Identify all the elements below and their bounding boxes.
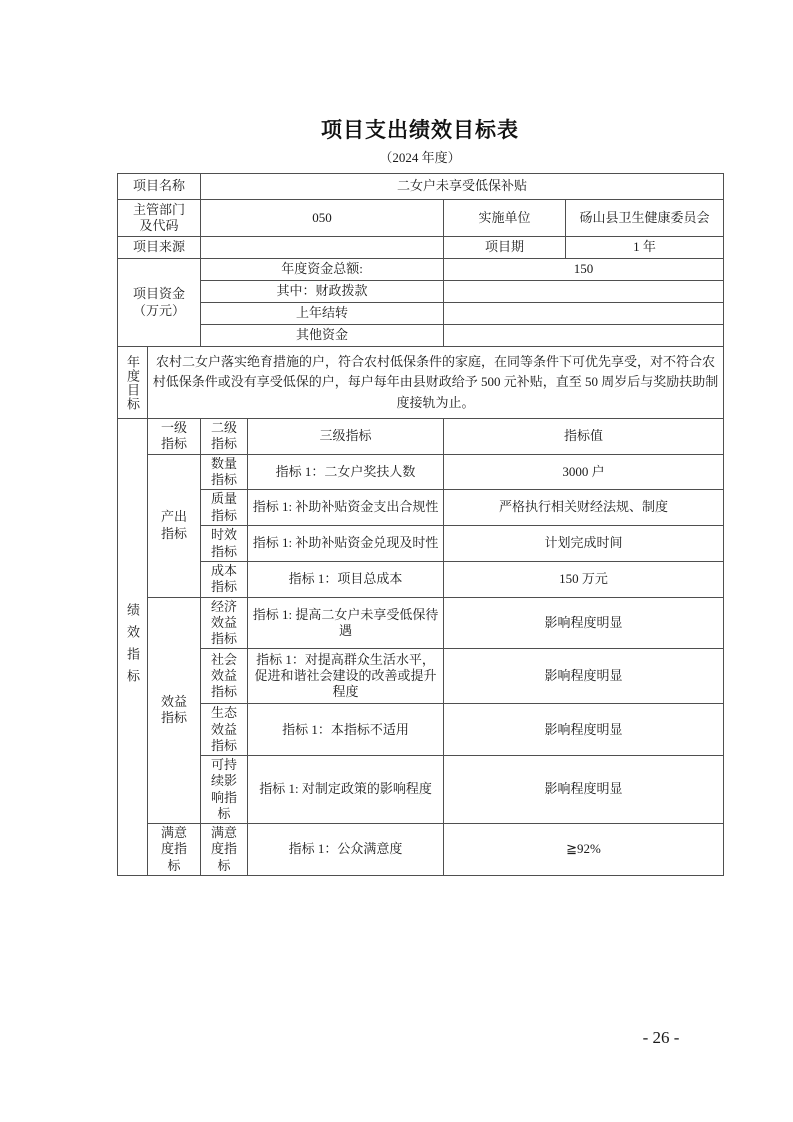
table-row: 可持 续影 响指 标 指标 1: 对制定政策的影响程度 影响程度明显 [118,756,724,824]
table-row: 满意 度指 标 满意 度指 标 指标 1：公众满意度 ≧92% [118,824,724,876]
table-row: 其中：财政拨款 [118,281,724,303]
indicator-l2: 经济 效益 指标 [201,597,248,649]
table-row: 生态 效益 指标 指标 1：本指标不适用 影响程度明显 [118,704,724,756]
funding-row-value [444,281,724,303]
table-row: 项目来源 项目期 1 年 [118,237,724,259]
indicator-value: 150 万元 [444,562,724,598]
table-row: 时效 指标 指标 1: 补助补贴资金兑现及时性 计划完成时间 [118,526,724,562]
funding-row-value: 150 [444,259,724,281]
indicator-l3: 指标 1：本指标不适用 [248,704,444,756]
indicator-l3: 指标 1: 提高二女户未享受低保待遇 [248,597,444,649]
indicator-l2: 生态 效益 指标 [201,704,248,756]
document-title: 项目支出绩效目标表 [117,114,723,144]
group-benefit-label: 效益 指标 [148,597,201,824]
funding-label: 项目资金 （万元） [118,259,201,347]
group-satisfaction-label: 满意 度指 标 [148,824,201,876]
dept-code-value: 050 [201,200,444,237]
indicator-l3: 指标 1：二女户奖扶人数 [248,454,444,490]
annual-goal-label-text: 年度目标 [126,355,139,411]
indicator-l2: 质量 指标 [201,490,248,526]
header-level3: 三级指标 [248,419,444,455]
indicator-l2: 社会 效益 指标 [201,649,248,704]
performance-indicators-label: 绩效指标 [118,419,148,876]
dept-label: 主管部门 及代码 [118,200,201,237]
funding-row-name: 其他资金 [201,325,444,347]
indicator-value: 影响程度明显 [444,704,724,756]
header-level2: 二级 指标 [201,419,248,455]
impl-unit-value: 砀山县卫生健康委员会 [566,200,724,237]
indicator-l2: 可持 续影 响指 标 [201,756,248,824]
source-value [201,237,444,259]
indicator-l3: 指标 1: 补助补贴资金兑现及时性 [248,526,444,562]
table-row: 成本 指标 指标 1：项目总成本 150 万元 [118,562,724,598]
impl-unit-label: 实施单位 [444,200,566,237]
indicator-value: 影响程度明显 [444,597,724,649]
period-value: 1 年 [566,237,724,259]
indicator-l2: 时效 指标 [201,526,248,562]
indicator-l3: 指标 1：项目总成本 [248,562,444,598]
performance-indicators-label-text: 绩效指标 [126,603,139,691]
header-level1: 一级 指标 [148,419,201,455]
table-row: 绩效指标 一级 指标 二级 指标 三级指标 指标值 [118,419,724,455]
table-row: 项目名称 二女户未享受低保补贴 [118,174,724,200]
indicator-value: 计划完成时间 [444,526,724,562]
annual-goal-text: 农村二女户落实绝育措施的户，符合农村低保条件的家庭，在同等条件下可优先享受，对不… [148,347,724,419]
header-value: 指标值 [444,419,724,455]
indicator-l3: 指标 1：对提高群众生活水平，促进和谐社会建设的改善或提升程度 [248,649,444,704]
table-row: 其他资金 [118,325,724,347]
indicator-value: ≧92% [444,824,724,876]
table-row: 效益 指标 经济 效益 指标 指标 1: 提高二女户未享受低保待遇 影响程度明显 [118,597,724,649]
project-name-value: 二女户未享受低保补贴 [201,174,724,200]
table-row: 项目资金 （万元） 年度资金总额: 150 [118,259,724,281]
funding-row-value [444,303,724,325]
table-row: 产出 指标 数量 指标 指标 1：二女户奖扶人数 3000 户 [118,454,724,490]
indicator-value: 影响程度明显 [444,756,724,824]
indicator-l2: 成本 指标 [201,562,248,598]
indicator-value: 影响程度明显 [444,649,724,704]
title-block: 项目支出绩效目标表 （2024 年度） [117,0,723,166]
funding-row-value [444,325,724,347]
indicator-l2: 满意 度指 标 [201,824,248,876]
table-row: 质量 指标 指标 1: 补助补贴资金支出合规性 严格执行相关财经法规、制度 [118,490,724,526]
indicator-l3: 指标 1: 对制定政策的影响程度 [248,756,444,824]
indicator-value: 严格执行相关财经法规、制度 [444,490,724,526]
source-label: 项目来源 [118,237,201,259]
funding-row-name: 上年结转 [201,303,444,325]
group-output-label: 产出 指标 [148,454,201,597]
page-number: - 26 - [626,1028,696,1048]
annual-goal-label: 年度目标 [118,347,148,419]
document-page: 项目支出绩效目标表 （2024 年度） 项目名称 二女户未享受低保补贴 主管部门… [0,0,793,1122]
indicator-value: 3000 户 [444,454,724,490]
table-row: 上年结转 [118,303,724,325]
table-row: 年度目标 农村二女户落实绝育措施的户，符合农村低保条件的家庭，在同等条件下可优先… [118,347,724,419]
table-row: 主管部门 及代码 050 实施单位 砀山县卫生健康委员会 [118,200,724,237]
funding-row-name: 其中：财政拨款 [201,281,444,303]
indicator-l3: 指标 1: 补助补贴资金支出合规性 [248,490,444,526]
performance-target-table: 项目名称 二女户未享受低保补贴 主管部门 及代码 050 实施单位 砀山县卫生健… [117,173,724,876]
indicator-l3: 指标 1：公众满意度 [248,824,444,876]
document-subtitle: （2024 年度） [117,147,723,166]
table-row: 社会 效益 指标 指标 1：对提高群众生活水平，促进和谐社会建设的改善或提升程度… [118,649,724,704]
period-label: 项目期 [444,237,566,259]
indicator-l2: 数量 指标 [201,454,248,490]
funding-row-name: 年度资金总额: [201,259,444,281]
project-name-label: 项目名称 [118,174,201,200]
